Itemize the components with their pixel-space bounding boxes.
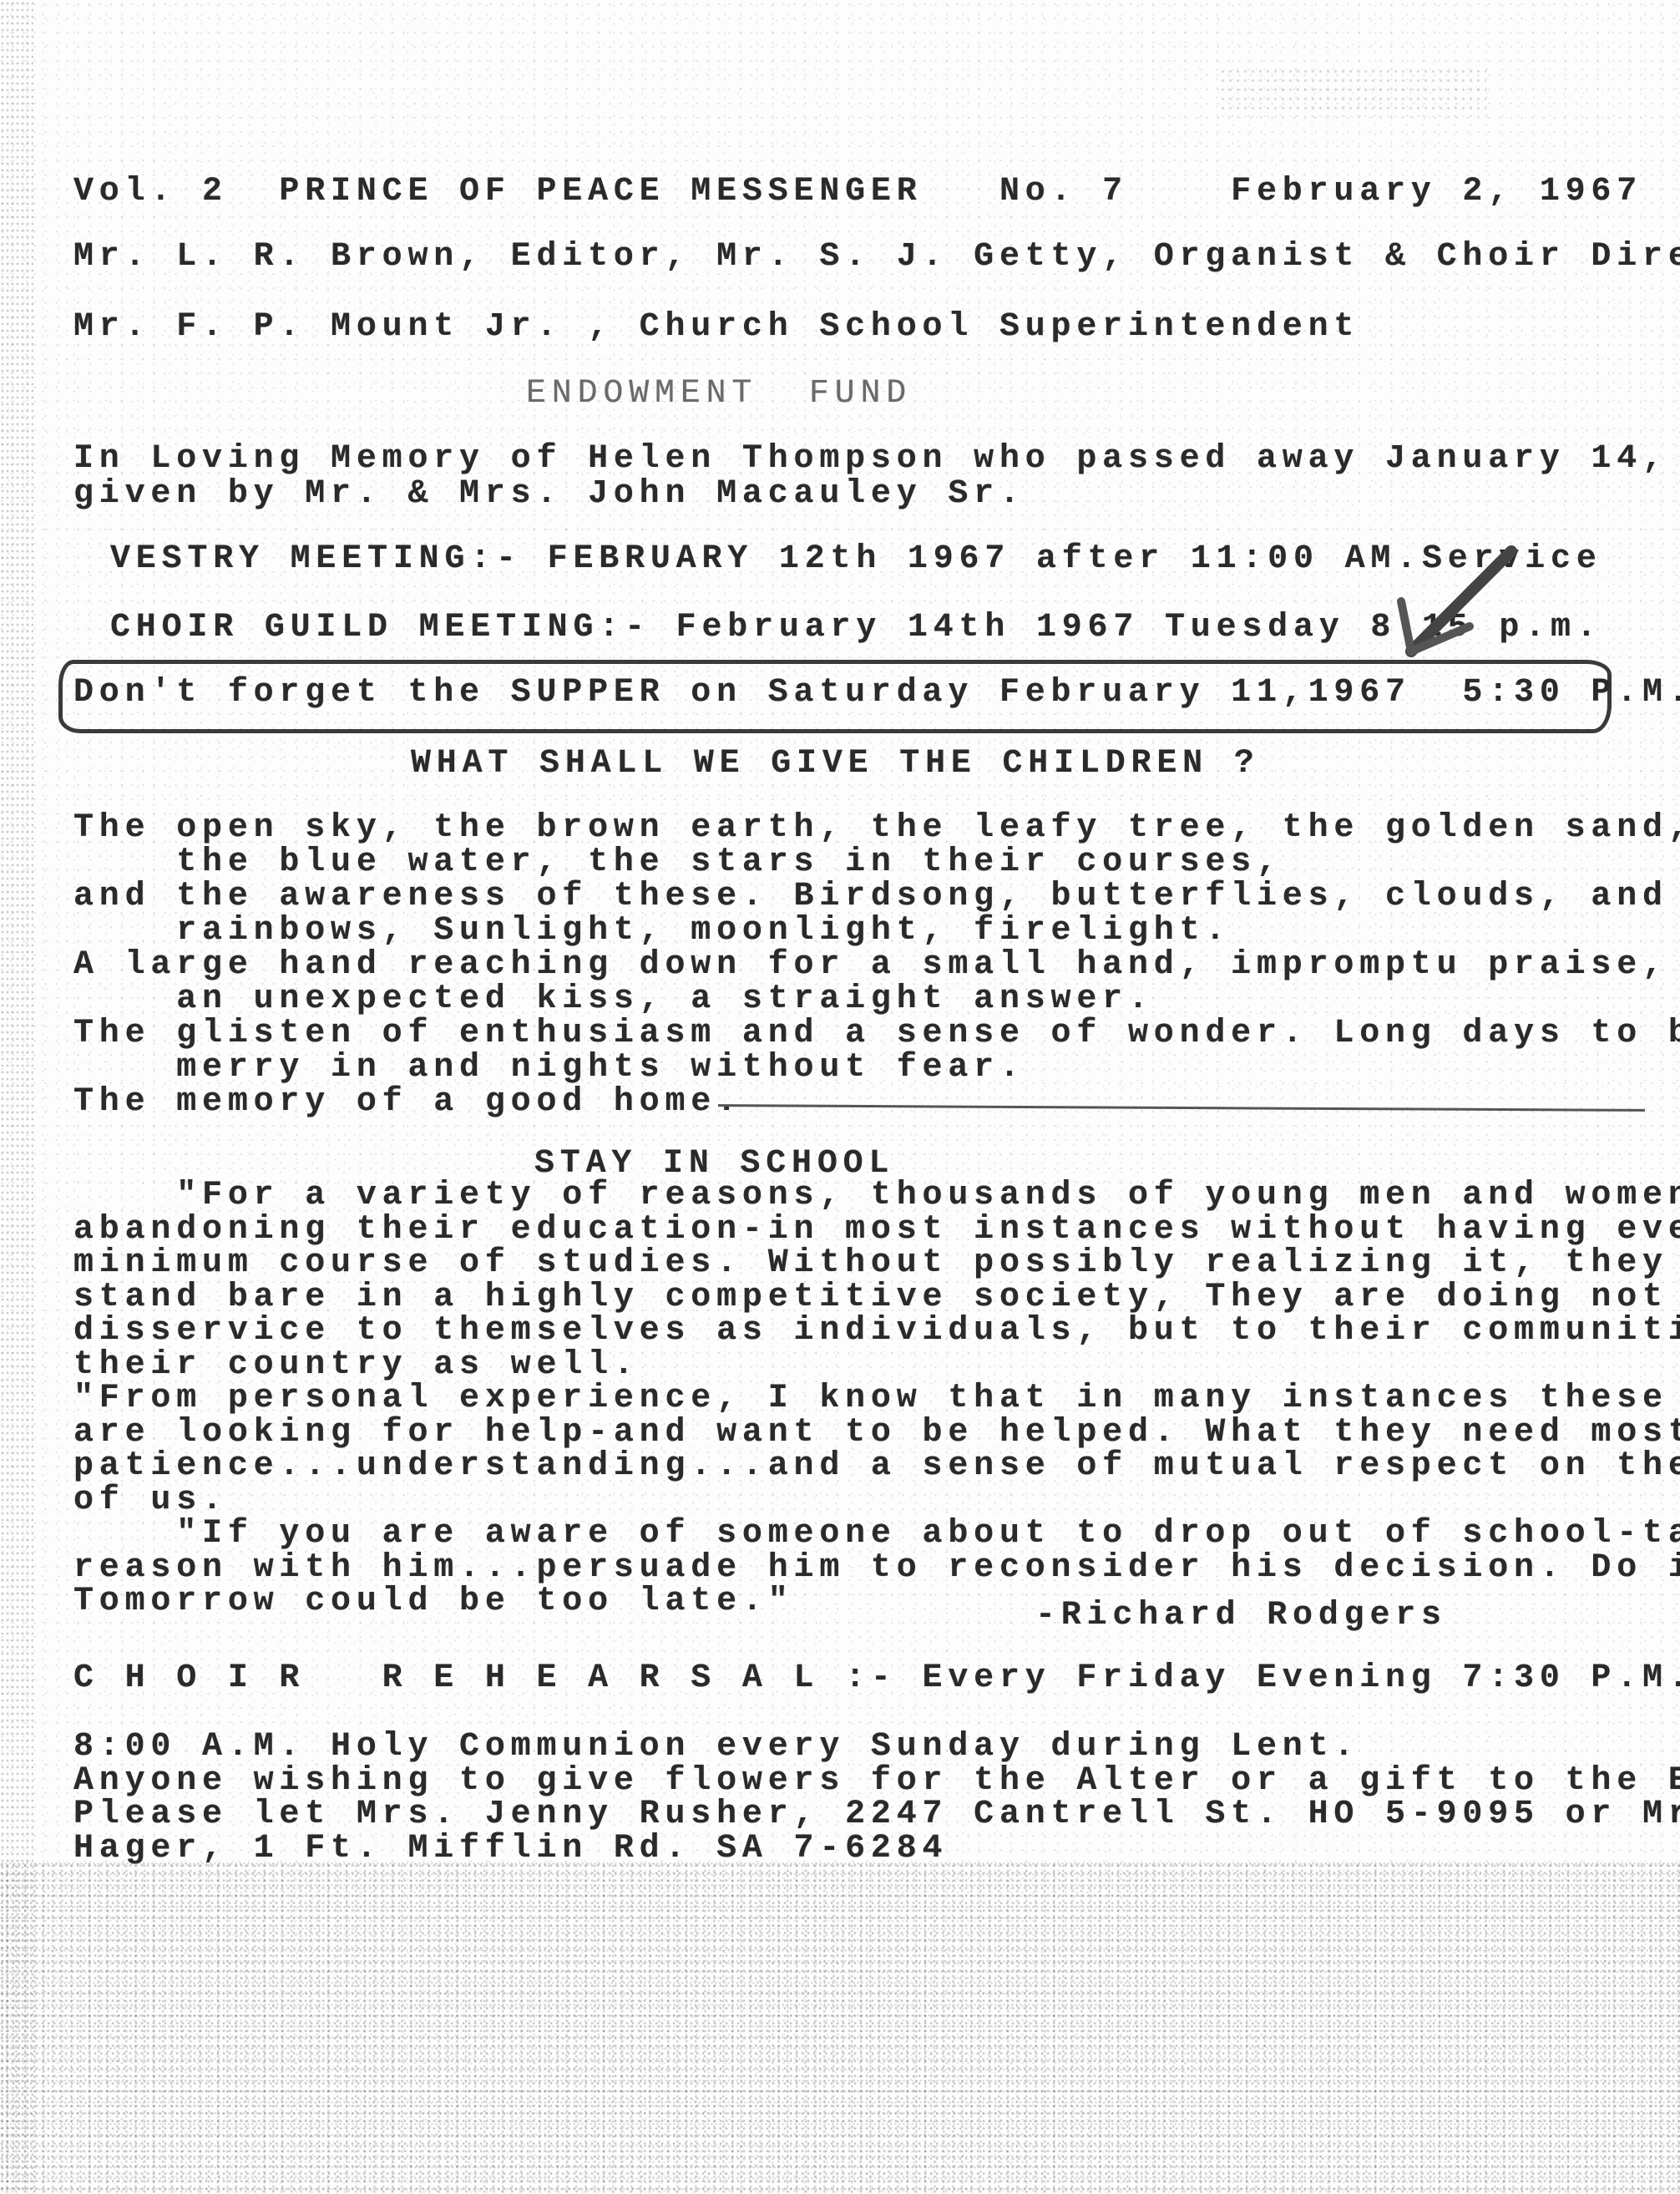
poem-line: an unexpected kiss, a straight answer. xyxy=(73,983,1154,1016)
poem-line: rainbows, Sunlight, moonlight, firelight… xyxy=(73,915,1231,948)
staff-line-superintendent: Mr. F. P. Mount Jr. , Church School Supe… xyxy=(73,311,1359,344)
stay-in-school-line: "From personal experience, I know that i… xyxy=(73,1382,1680,1416)
stay-in-school-line: stand bare in a highly competitive socie… xyxy=(73,1281,1680,1315)
poem-line: and the awareness of these. Birdsong, bu… xyxy=(73,880,1668,914)
poem-line: The glisten of enthusiasm and a sense of… xyxy=(73,1017,1680,1051)
stay-in-school-line: are looking for help-and want to be help… xyxy=(73,1416,1680,1450)
endowment-line-2: given by Mr. & Mrs. John Macauley Sr. xyxy=(73,478,1025,511)
hand-drawn-arrow-icon xyxy=(1378,543,1528,660)
footer-line: Anyone wishing to give flowers for the A… xyxy=(73,1765,1680,1798)
staff-line-editor: Mr. L. R. Brown, Editor, Mr. S. J. Getty… xyxy=(73,241,1680,274)
poem-line: merry in and nights without fear. xyxy=(73,1051,1025,1085)
poem-line: The open sky, the brown earth, the leafy… xyxy=(73,812,1680,845)
endowment-title: ENDOWMENT FUND xyxy=(526,377,912,411)
section-divider xyxy=(718,1104,1645,1112)
endowment-line-1: In Loving Memory of Helen Thompson who p… xyxy=(73,443,1680,476)
stay-in-school-line: minimum course of studies. Without possi… xyxy=(73,1247,1680,1280)
footer-line: 8:00 A.M. Holy Communion every Sunday du… xyxy=(73,1730,1359,1764)
choir-rehearsal: C H O I R R E H E A R S A L :- Every Fri… xyxy=(73,1662,1680,1695)
poem-line: the blue water, the stars in their cours… xyxy=(73,846,1283,879)
stay-in-school-line: Tomorrow could be too late." xyxy=(73,1585,794,1619)
stay-in-school-line: their country as well. xyxy=(73,1349,640,1382)
paper-edge-texture xyxy=(0,0,33,2194)
stay-in-school-line: reason with him...persuade him to recons… xyxy=(73,1552,1680,1585)
stay-in-school-line: of us. xyxy=(73,1484,228,1518)
stay-in-school-line: abandoning their education-in most insta… xyxy=(73,1214,1680,1247)
stay-in-school-line: disservice to themselves as individuals,… xyxy=(73,1315,1680,1348)
stay-in-school-title: STAY IN SCHOOL xyxy=(534,1148,894,1181)
attribution: -Richard Rodgers xyxy=(1035,1599,1447,1633)
poem-line: The memory of a good home. xyxy=(73,1086,742,1119)
footer-line: Hager, 1 Ft. Mifflin Rd. SA 7-6284 xyxy=(73,1832,948,1866)
poem-title: WHAT SHALL WE GIVE THE CHILDREN ? xyxy=(411,747,1260,781)
paper-texture-bottom xyxy=(0,1862,1680,2194)
stay-in-school-line: "For a variety of reasons, thousands of … xyxy=(73,1179,1680,1213)
faded-stamp xyxy=(1219,67,1486,117)
stay-in-school-line: patience...understanding...and a sense o… xyxy=(73,1450,1680,1483)
stay-in-school-line: "If you are aware of someone about to dr… xyxy=(73,1518,1680,1551)
footer-line: Please let Mrs. Jenny Rusher, 2247 Cantr… xyxy=(73,1798,1680,1832)
supper-announcement: Don't forget the SUPPER on Saturday Febr… xyxy=(73,676,1680,710)
poem-line: A large hand reaching down for a small h… xyxy=(73,949,1668,982)
masthead: Vol. 2 PRINCE OF PEACE MESSENGER No. 7 F… xyxy=(73,175,1642,209)
